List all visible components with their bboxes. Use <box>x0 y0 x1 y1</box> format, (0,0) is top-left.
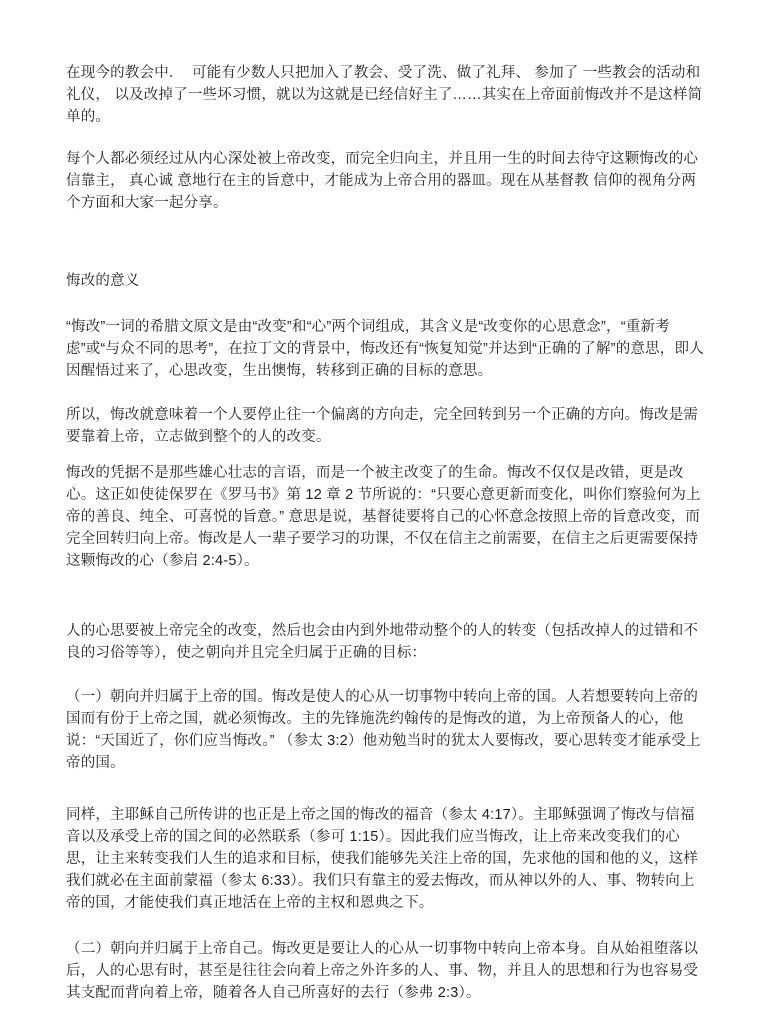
paragraph-meaning: 所以，悔改就意味着一个人要停止往一个偏离的方向走，完全回转到另一个正确的方向。悔… <box>66 404 704 448</box>
document-page: 在现今的教会中． 可能有少数人只把加入了教会、受了洗、做了礼拜、 参加了 一些教… <box>0 0 768 1024</box>
paragraph-etymology: “悔改”一词的希腊文原文是由“改变”和“心”两个词组成，其含义是“改变你的心思意… <box>66 316 704 382</box>
paragraph-transform: 人的心思要被上帝完全的改变，然后也会由内到外地带动整个的人的转变（包括改掉人的过… <box>66 620 704 664</box>
section-heading: 悔改的意义 <box>66 270 704 292</box>
paragraph-gospel: 同样，主耶稣自己所传讲的也正是上帝之国的悔改的福音（参太 4:17）。主耶稣强调… <box>66 804 704 914</box>
paragraph-evidence: 悔改的凭据不是那些雄心壮志的言语，而是一个被主改变了的生命。悔改不仅仅是改错，更… <box>66 462 704 572</box>
paragraph-intro-1: 在现今的教会中． 可能有少数人只把加入了教会、受了洗、做了礼拜、 参加了 一些教… <box>66 62 704 128</box>
paragraph-intro-2: 每个人都必须经过从内心深处被上帝改变，而完全归向主，并且用一生的时间去待守这颗悔… <box>66 148 704 214</box>
paragraph-point-two: （二）朝向并归属于上帝自己。悔改更是要让人的心从一切事物中转向上帝本身。自从始祖… <box>66 938 704 1004</box>
paragraph-point-one: （一）朝向并归属于上帝的国。悔改是使人的心从一切事物中转向上帝的国。人若想要转向… <box>66 686 704 774</box>
